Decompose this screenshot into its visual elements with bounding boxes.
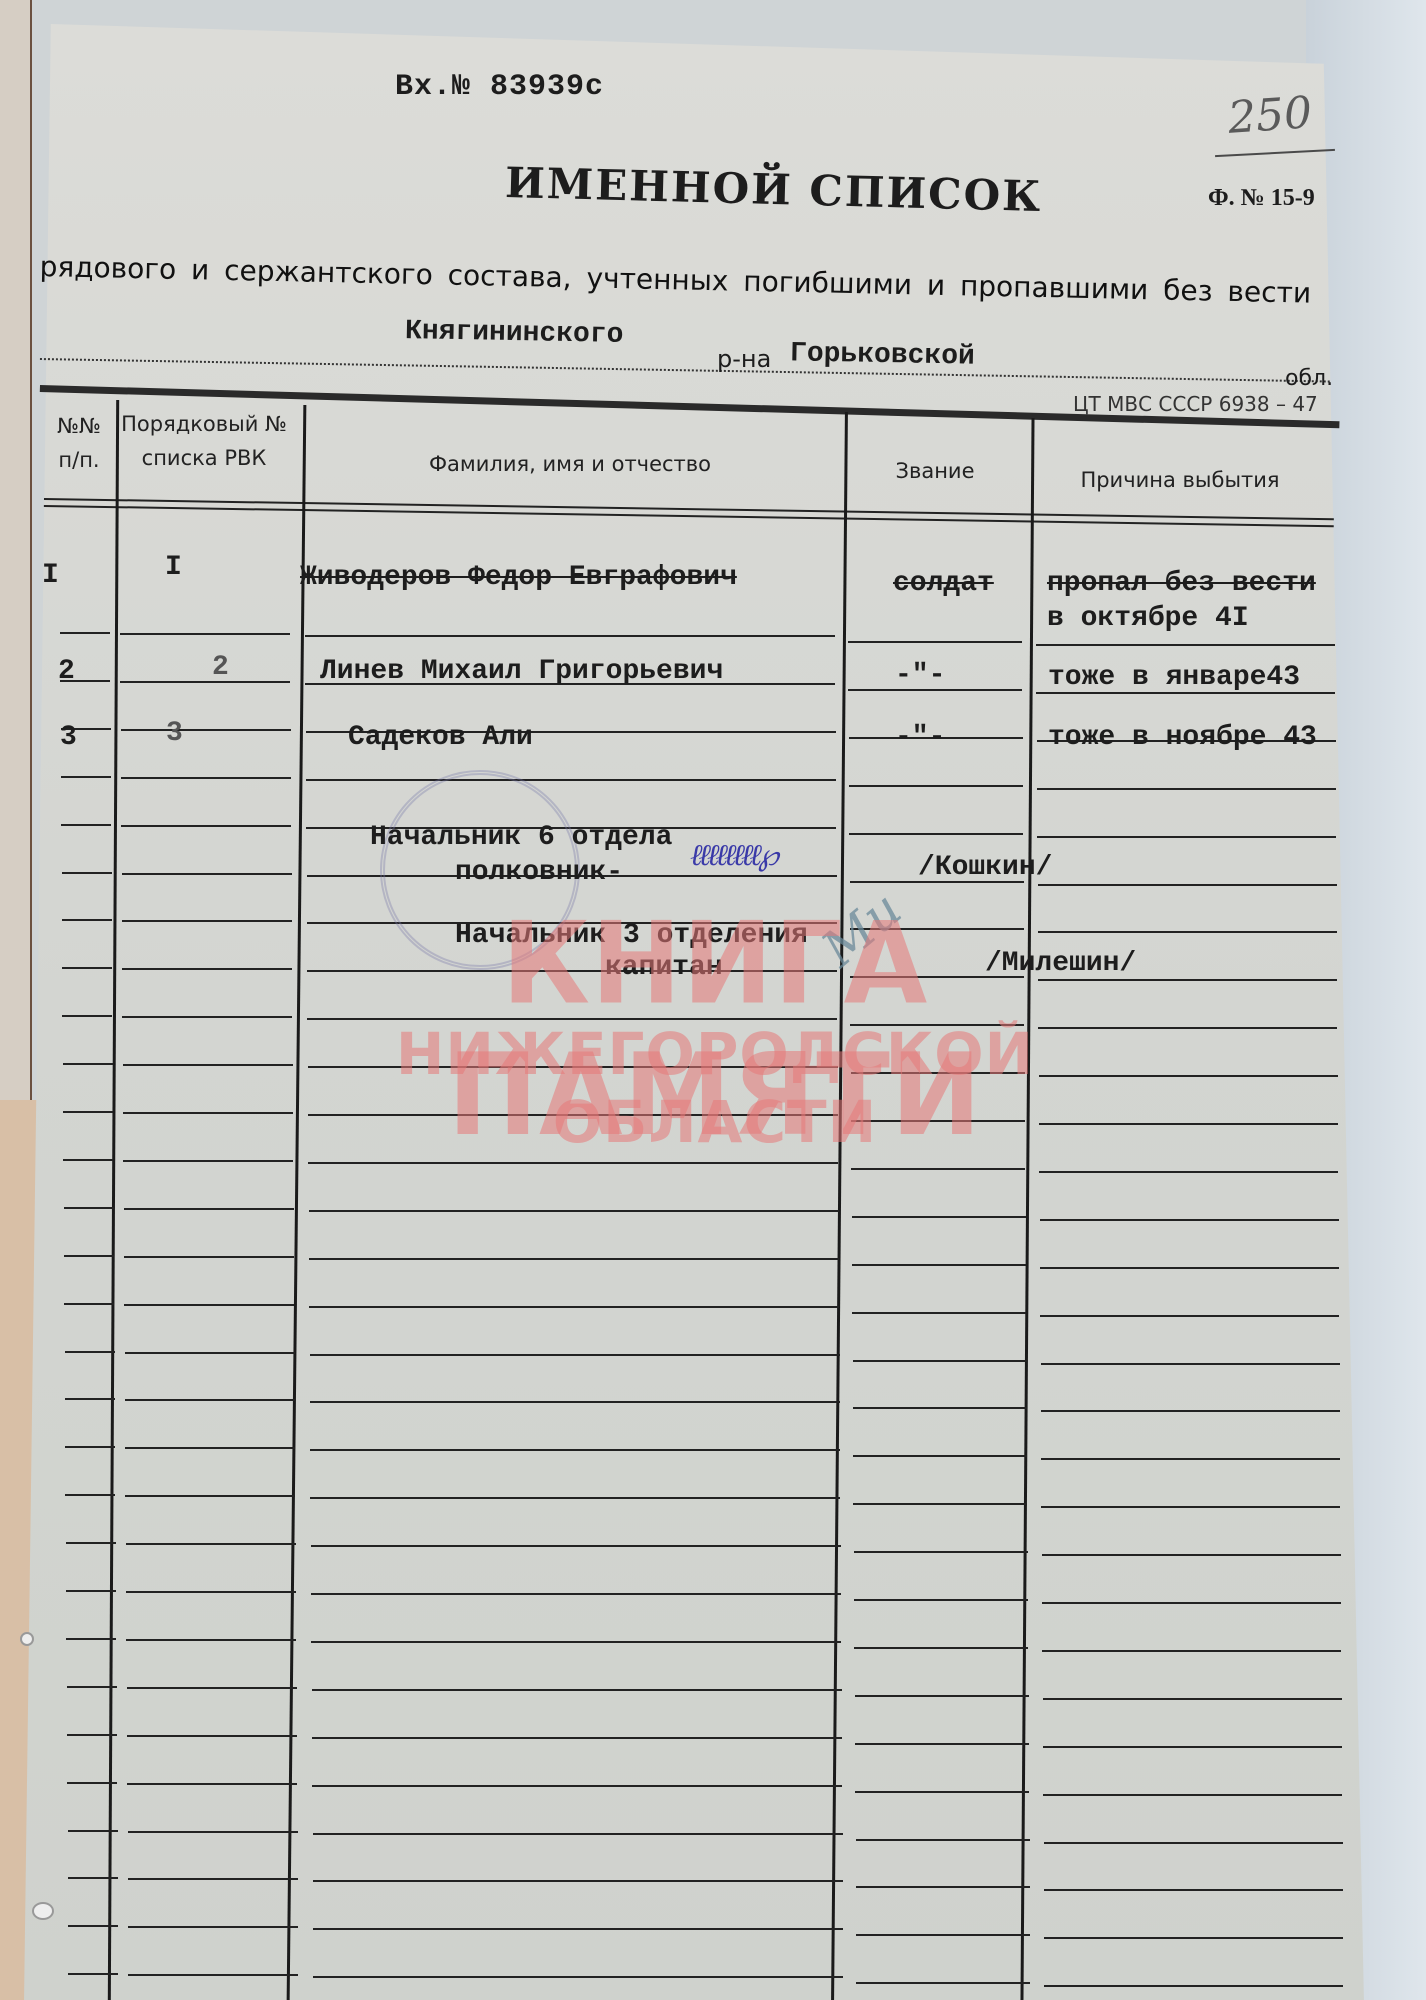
ruled-line xyxy=(65,1398,115,1400)
row-3-name: Садеков Али xyxy=(348,722,533,753)
ruled-line xyxy=(121,825,291,827)
ruled-line xyxy=(65,1494,115,1496)
ruled-line xyxy=(854,1647,1028,1649)
ruled-line xyxy=(849,785,1023,787)
district-label: р-на xyxy=(717,345,771,373)
ruled-line xyxy=(125,1352,295,1354)
ruled-line xyxy=(67,1782,117,1784)
ruled-line xyxy=(848,641,1022,643)
row-2-rank: -"- xyxy=(895,660,945,691)
ruled-line xyxy=(128,1878,298,1880)
registration-number: Вх.№ 83939с xyxy=(395,70,604,104)
ruled-line xyxy=(311,1545,841,1547)
column-header-rvk: Порядковый № списка РВК xyxy=(114,408,294,475)
ruled-line xyxy=(309,1258,839,1260)
row-2-name: Линев Михаил Григорьевич xyxy=(320,656,723,687)
column-header-reason: Причина выбытия xyxy=(1030,464,1330,498)
ruled-line xyxy=(1043,1746,1342,1748)
region-value: Горьковской xyxy=(790,338,975,372)
binder-hole xyxy=(32,1902,54,1920)
ruled-line xyxy=(852,1216,1026,1218)
ruled-line xyxy=(856,1934,1030,1936)
ruled-line xyxy=(68,1925,118,1927)
ruled-line xyxy=(63,1063,113,1065)
ruled-line xyxy=(1041,1363,1340,1365)
ruled-line xyxy=(127,1735,297,1737)
ruled-line xyxy=(1040,1219,1339,1221)
ruled-line xyxy=(1038,931,1337,933)
signatory-2-title: Начальник 3 отделения xyxy=(455,920,808,951)
signatory-1-title: Начальник 6 отдела xyxy=(370,822,672,853)
ruled-line xyxy=(851,1168,1025,1170)
ruled-line xyxy=(66,1590,116,1592)
ruled-line xyxy=(125,1495,295,1497)
ruled-line xyxy=(849,833,1023,835)
ruled-line xyxy=(308,1114,838,1116)
ruled-line xyxy=(310,1401,840,1403)
row-1-number: I xyxy=(42,560,59,591)
ruled-line xyxy=(1039,1123,1338,1125)
ruled-line xyxy=(311,1641,841,1643)
ruled-line xyxy=(60,632,110,634)
ruled-line xyxy=(126,1543,296,1545)
ruled-line xyxy=(128,1974,298,1976)
ruled-line xyxy=(855,1743,1029,1745)
ruled-line xyxy=(128,1926,298,1928)
ruled-line xyxy=(309,1210,839,1212)
ruled-line xyxy=(852,1312,1026,1314)
ruled-line xyxy=(65,1351,115,1353)
ruled-line xyxy=(1044,1985,1343,1987)
ruled-line xyxy=(68,1973,118,1975)
row-3-reason: тоже в ноябре 43 xyxy=(1048,722,1317,753)
row-2-rvk-number: 2 xyxy=(212,652,229,683)
ruled-line xyxy=(126,1639,296,1641)
ruled-line xyxy=(312,1785,842,1787)
ruled-line xyxy=(66,1542,116,1544)
ruled-line xyxy=(66,1638,116,1640)
row-1-reason-date: в октябре 4I xyxy=(1047,603,1249,634)
ruled-line xyxy=(1038,979,1337,981)
row-2-number: 2 xyxy=(58,656,75,687)
ruled-line xyxy=(62,1015,112,1017)
ruled-line xyxy=(127,1783,297,1785)
ruled-line xyxy=(313,1880,843,1882)
ruled-line xyxy=(852,1264,1026,1266)
ruled-line xyxy=(1042,1602,1341,1604)
ruled-line xyxy=(855,1791,1029,1793)
ruled-line xyxy=(124,1304,294,1306)
ruled-line xyxy=(1043,1794,1342,1796)
row-3-number: 3 xyxy=(60,722,77,753)
row-3-rvk-number: 3 xyxy=(166,718,183,749)
ruled-line xyxy=(311,1593,841,1595)
row-1-rank: солдат xyxy=(893,568,994,599)
ruled-line xyxy=(122,920,292,922)
ruled-line xyxy=(853,1455,1027,1457)
row-1-reason: пропал без вести xyxy=(1047,568,1316,599)
ruled-line xyxy=(61,824,111,826)
ruled-line xyxy=(62,919,112,921)
binder-hole xyxy=(20,1632,34,1646)
ruled-line xyxy=(122,873,292,875)
ruled-line xyxy=(312,1737,842,1739)
ruled-line xyxy=(313,1833,843,1835)
ruled-line xyxy=(1039,1171,1338,1173)
region-label: обл. xyxy=(1285,366,1333,391)
ruled-line xyxy=(307,970,837,972)
ruled-line xyxy=(121,729,291,731)
ruled-line xyxy=(68,1877,118,1879)
ruled-line xyxy=(1036,644,1335,646)
ruled-line xyxy=(125,1399,295,1401)
ruled-line xyxy=(850,1024,1024,1026)
ruled-line xyxy=(122,968,292,970)
ruled-line xyxy=(1040,1315,1339,1317)
ruled-line xyxy=(308,1162,838,1164)
ruled-line xyxy=(123,1160,293,1162)
column-header-name: Фамилия, имя и отчество xyxy=(300,448,840,482)
ruled-line xyxy=(62,967,112,969)
ruled-line xyxy=(1041,1458,1340,1460)
district-value: Княгининского xyxy=(405,316,624,351)
ruled-line xyxy=(856,1886,1030,1888)
ruled-line xyxy=(310,1449,840,1451)
ruled-line xyxy=(854,1551,1028,1553)
ruled-line xyxy=(305,635,835,637)
ruled-line xyxy=(63,1111,113,1113)
ruled-line xyxy=(124,1208,294,1210)
ruled-line xyxy=(307,1018,837,1020)
ruled-line xyxy=(120,681,290,683)
ruled-line xyxy=(1044,1937,1343,1939)
ruled-line xyxy=(125,1447,295,1449)
page-number: 250 xyxy=(1226,87,1313,144)
ruled-line xyxy=(1037,788,1336,790)
ruled-line xyxy=(1044,1842,1343,1844)
ruled-line xyxy=(853,1407,1027,1409)
ruled-line xyxy=(1041,1410,1340,1412)
ruled-line xyxy=(1043,1698,1342,1700)
printer-code: ЦТ МВС СССР 6938 – 47 xyxy=(1073,392,1318,416)
ruled-line xyxy=(306,779,836,781)
ruled-line xyxy=(309,1306,839,1308)
document-page xyxy=(24,14,1364,2000)
ruled-line xyxy=(855,1695,1029,1697)
ruled-line xyxy=(1041,1506,1340,1508)
row-2-reason: тоже в январе43 xyxy=(1048,662,1300,693)
row-1-name: Живодеров Федор Евграфович xyxy=(300,562,737,593)
ruled-line xyxy=(127,1687,297,1689)
ruled-line xyxy=(310,1354,840,1356)
ruled-line xyxy=(1038,884,1337,886)
ruled-line xyxy=(67,1686,117,1688)
ruled-line xyxy=(851,1120,1025,1122)
ruled-line xyxy=(122,1016,292,1018)
ruled-line xyxy=(68,1830,118,1832)
ruled-line xyxy=(62,872,112,874)
ruled-line xyxy=(120,633,290,635)
ruled-line xyxy=(313,1928,843,1930)
ruled-line xyxy=(64,1255,114,1257)
ruled-line xyxy=(67,1734,117,1736)
ruled-line xyxy=(1042,1650,1341,1652)
signature-1-handwritten: ℓℓℓℓℓℓℓℓ℘ xyxy=(690,838,870,878)
signatory-1-name: /Кошкин/ xyxy=(918,852,1052,883)
row-3-rank: -"- xyxy=(895,722,945,753)
ruled-line xyxy=(310,1497,840,1499)
ruled-line xyxy=(64,1207,114,1209)
ruled-line xyxy=(856,1839,1030,1841)
signatory-2-name: /Милешин/ xyxy=(985,948,1136,979)
ruled-line xyxy=(308,1066,838,1068)
ruled-line xyxy=(1042,1554,1341,1556)
ruled-line xyxy=(123,1064,293,1066)
ruled-line xyxy=(124,1256,294,1258)
column-header-rank: Звание xyxy=(845,455,1025,489)
signatory-1-rank: полковник- xyxy=(455,857,623,888)
ruled-line xyxy=(64,1303,114,1305)
signatory-2-rank: капитан xyxy=(605,952,723,983)
ruled-line xyxy=(853,1360,1027,1362)
ruled-line xyxy=(1037,836,1336,838)
ruled-line xyxy=(126,1591,296,1593)
ruled-line xyxy=(313,1976,843,1978)
ruled-line xyxy=(63,1159,113,1161)
ruled-line xyxy=(1044,1889,1343,1891)
ruled-line xyxy=(123,1112,293,1114)
ruled-line xyxy=(128,1831,298,1833)
ruled-line xyxy=(61,776,111,778)
ruled-line xyxy=(853,1503,1027,1505)
ruled-line xyxy=(121,777,291,779)
ruled-line xyxy=(312,1689,842,1691)
ruled-line xyxy=(1040,1267,1339,1269)
ruled-line xyxy=(854,1599,1028,1601)
ruled-line xyxy=(1039,1075,1338,1077)
ruled-line xyxy=(1038,1027,1337,1029)
form-number: Ф. № 15-9 xyxy=(1208,185,1315,212)
ruled-line xyxy=(851,1072,1025,1074)
ruled-line xyxy=(65,1446,115,1448)
ruled-line xyxy=(856,1982,1030,1984)
row-1-rvk-number: I xyxy=(165,552,182,583)
column-header-number: №№ п/п. xyxy=(44,410,114,477)
